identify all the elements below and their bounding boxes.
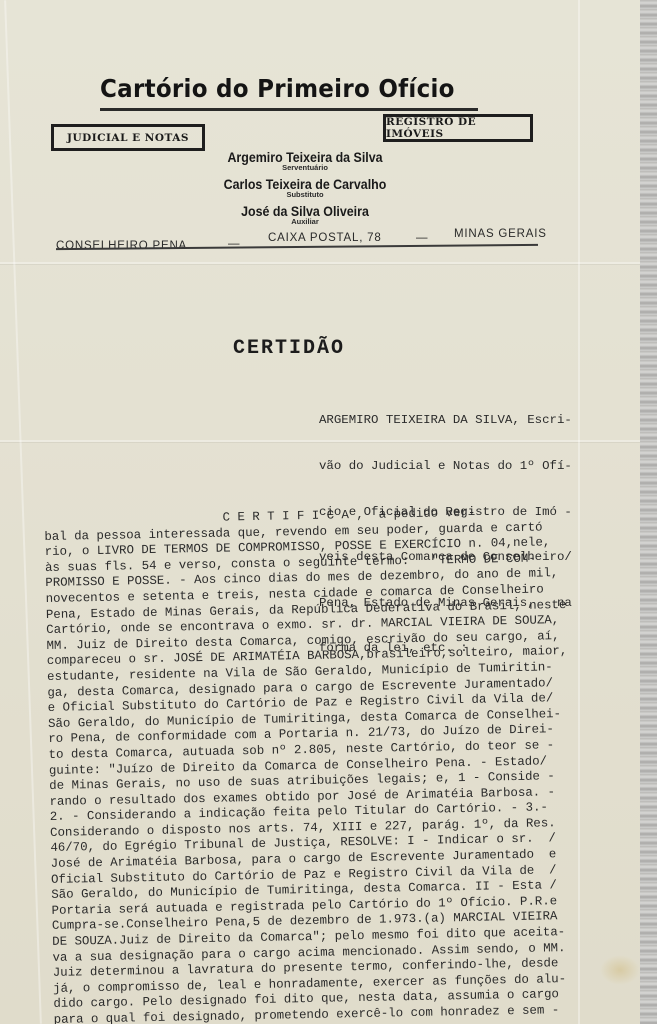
address-state: MINAS GERAIS [454,228,547,240]
paper-stain [600,955,640,985]
title-underline [100,108,478,111]
paper-fold-line [0,262,640,264]
registro-imoveis-box: REGISTRO DE IMÓVEIS [383,114,533,142]
document-page: Cartório do Primeiro Ofício JUDICIAL E N… [0,0,640,1024]
certificate-body: C E R T I F I C A , a pedido ver- bal da… [44,502,640,1024]
address-city: CONSELHEIRO PENA [56,240,187,252]
staff-name: Argemiro Teixeira da Silva [199,150,411,165]
address-po-box: CAIXA POSTAL, 78 [268,232,382,244]
staff-entry-serventuario: Argemiro Teixeira da Silva Serventuário [190,150,420,172]
address-separator: — [416,232,428,244]
staff-entry-substituto: Carlos Teixeira de Carvalho Substituto [190,177,420,199]
staff-name: José da Silva Oliveira [199,204,411,219]
letterhead-title: Cartório do Primeiro Ofício [100,74,450,103]
preamble-line: ARGEMIRO TEIXEIRA DA SILVA, Escri- [319,413,619,428]
staff-name: Carlos Teixeira de Carvalho [199,177,411,192]
staff-entry-auxiliar: José da Silva Oliveira Auxiliar [190,204,420,226]
preamble-line: vão do Judicial e Notas do 1º Ofí- [319,459,619,474]
judicial-notas-label: JUDICIAL E NOTAS [67,132,189,144]
letterhead-address: CONSELHEIRO PENA — CAIXA POSTAL, 78 — MI… [56,228,536,246]
registro-imoveis-label: REGISTRO DE IMÓVEIS [386,116,530,140]
document-heading: CERTIDÃO [233,337,345,360]
scanner-edge [640,0,657,1024]
judicial-notas-box: JUDICIAL E NOTAS [51,124,205,151]
paper-crease [4,0,42,1023]
